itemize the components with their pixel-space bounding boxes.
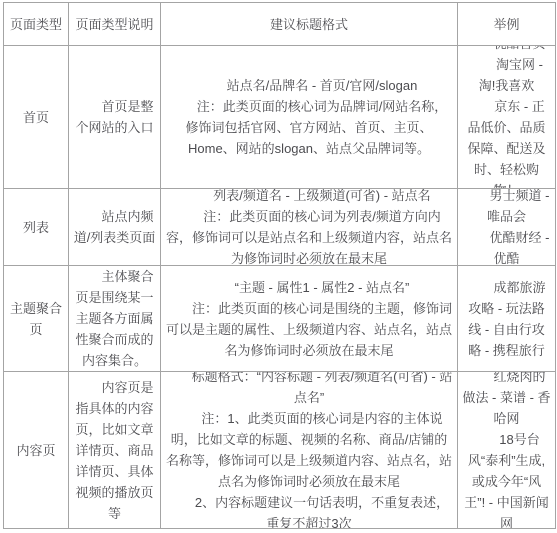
cell-description-list: 站点内频道/列表类页面: [69, 189, 161, 266]
cell-type-list: 列表: [4, 189, 69, 266]
format-line: “主题 - 属性1 - 属性2 - 站点名”: [165, 277, 453, 298]
description-text: 首页是整个网站的入口: [73, 96, 156, 138]
cell-examples-content: 红烧肉的做法 - 菜谱 - 香哈网 18号台风“泰利”生成,或成今年“风王”! …: [458, 372, 556, 529]
header-label: 建议标题格式: [165, 14, 453, 35]
example-item: 淘宝网 - 淘!我喜欢: [462, 54, 551, 96]
cell-type-topic-aggregation: 主题聚合页: [4, 266, 69, 372]
cell-description-topic-aggregation: 主体聚合页是围绕某一主题各方面属性聚合而成的内容集合。: [69, 266, 161, 372]
header-page-type-description: 页面类型说明: [69, 3, 161, 46]
example-item: 京东 - 正品低价、品质保障、配送及时、轻松购物！: [462, 96, 551, 189]
format-note: 2、内容标题建议一句话表明，不重复表述，重复不超过3次: [165, 492, 453, 529]
header-label: 页面类型: [8, 14, 64, 35]
cell-description-content: 内容页是指具体的内容页，比如文章详情页、商品详情页、具体视频的播放页等: [69, 372, 161, 529]
title-format-table: 页面类型 页面类型说明 建议标题格式 举例 首页 首页是整个网站的入口 站点名/…: [3, 2, 556, 529]
example-item: 优酷财经 - 优酷: [462, 227, 551, 266]
format-note: 注：此类页面的核心词为品牌词/网站名称，修饰词包括官网、官方网站、首页、主页、H…: [165, 96, 453, 159]
header-page-type: 页面类型: [4, 3, 69, 46]
format-line: 列表/频道名 - 上级频道(可省) - 站点名: [165, 189, 453, 206]
format-note: 注：1、此类页面的核心词是内容的主体说明，比如文章的标题、视频的名称、商品/店铺…: [165, 408, 453, 492]
format-note: 注：此类页面的核心词是围绕的主题，修饰词可以是主题的属性、上级频道内容、站点名，…: [165, 298, 453, 361]
page-type-label: 内容页: [8, 440, 64, 461]
cell-format-topic-aggregation: “主题 - 属性1 - 属性2 - 站点名” 注：此类页面的核心词是围绕的主题，…: [161, 266, 458, 372]
format-line: 站点名/品牌名 - 首页/官网/slogan: [165, 75, 453, 96]
example-item: 18号台风“泰利”生成,或成今年“风王”! - 中国新闻网: [462, 429, 551, 529]
cell-examples-list: 男士频道 - 唯品会 优酷财经 - 优酷: [458, 189, 556, 266]
cell-format-content: 标题格式：“内容标题 - 列表/频道名(可省) - 站点名” 注：1、此类页面的…: [161, 372, 458, 529]
description-text: 主体聚合页是围绕某一主题各方面属性聚合而成的内容集合。: [73, 266, 156, 371]
header-suggested-title-format: 建议标题格式: [161, 3, 458, 46]
description-text: 站点内频道/列表类页面: [73, 206, 156, 248]
cell-format-homepage: 站点名/品牌名 - 首页/官网/slogan 注：此类页面的核心词为品牌词/网站…: [161, 46, 458, 189]
cell-description-homepage: 首页是整个网站的入口: [69, 46, 161, 189]
example-item: 成都旅游攻略 - 玩法路线 - 自由行攻略 - 携程旅行: [462, 277, 551, 361]
header-label: 页面类型说明: [73, 14, 156, 35]
page-type-label: 首页: [8, 107, 64, 128]
example-item: 优酷首页: [462, 46, 551, 54]
cell-type-homepage: 首页: [4, 46, 69, 189]
header-label: 举例: [462, 14, 551, 35]
cell-type-content: 内容页: [4, 372, 69, 529]
example-item: 男士频道 - 唯品会: [462, 189, 551, 227]
cell-format-list: 列表/频道名 - 上级频道(可省) - 站点名 注：此类页面的核心词为列表/频道…: [161, 189, 458, 266]
cell-examples-homepage: 优酷首页 淘宝网 - 淘!我喜欢 京东 - 正品低价、品质保障、配送及时、轻松购…: [458, 46, 556, 189]
header-examples: 举例: [458, 3, 556, 46]
page-type-label: 列表: [8, 217, 64, 238]
format-line: 标题格式：“内容标题 - 列表/频道名(可省) - 站点名”: [165, 372, 453, 408]
page-type-label: 主题聚合页: [8, 298, 64, 340]
cell-examples-topic-aggregation: 成都旅游攻略 - 玩法路线 - 自由行攻略 - 携程旅行: [458, 266, 556, 372]
format-note: 注：此类页面的核心词为列表/频道方向内容，修饰词可以是站点名和上级频道内容，站点…: [165, 206, 453, 266]
example-item: 红烧肉的做法 - 菜谱 - 香哈网: [462, 372, 551, 429]
description-text: 内容页是指具体的内容页，比如文章详情页、商品详情页、具体视频的播放页等: [73, 377, 156, 524]
